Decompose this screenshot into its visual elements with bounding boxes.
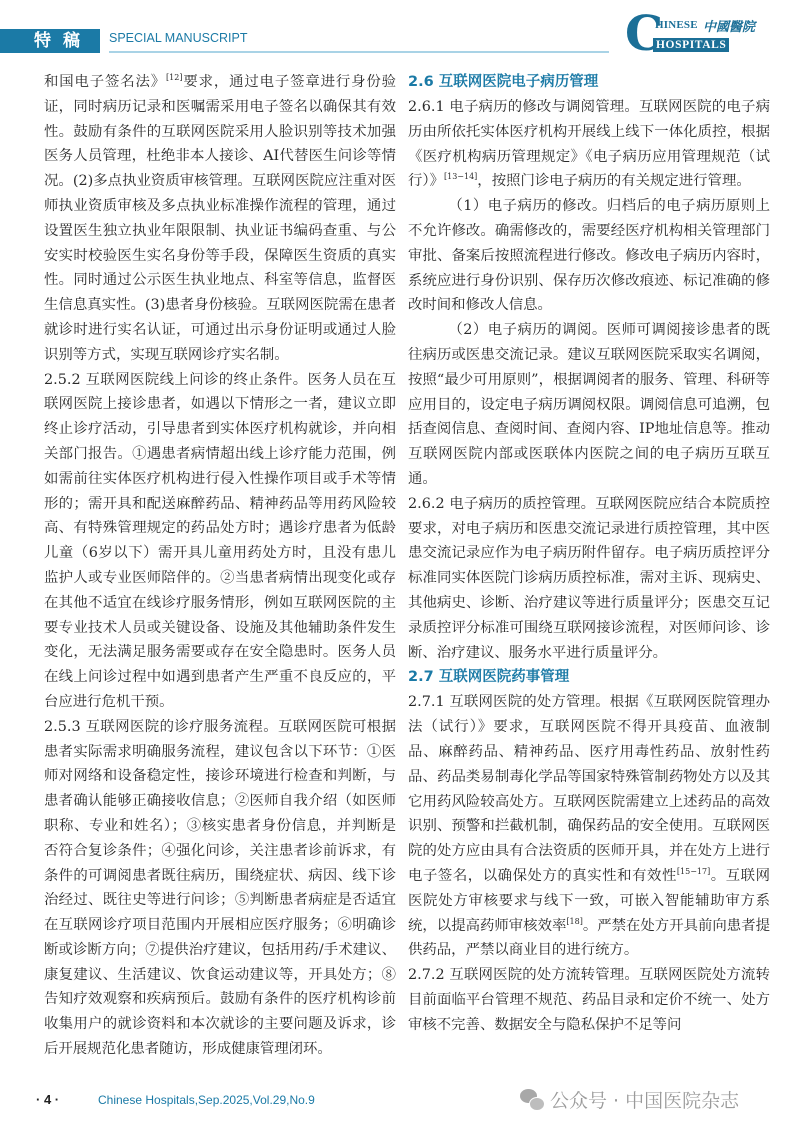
section-label-en: SPECIAL MANUSCRIPT	[109, 31, 247, 45]
paragraph-2-6-2: 2.6.2 电子病历的质控管理。互联网医院应结合本院质控要求，对电子病历和医患交…	[408, 492, 770, 666]
left-column: 和国电子签名法》[12]要求，通过电子签章进行身份验证，同时病历记录和医嘱需采用…	[44, 70, 396, 1062]
citation: [15−17]	[677, 867, 710, 876]
citation: [18]	[566, 917, 582, 926]
watermark-text: 公众号 · 中国医院杂志	[550, 1086, 739, 1113]
citation: [12]	[166, 73, 182, 82]
section-label-cn: 特稿	[0, 29, 100, 53]
paragraph-2-7-1: 2.7.1 互联网医院的处方管理。根据《互联网医院管理办法（试行）》要求，互联网…	[408, 690, 770, 963]
paragraph-2-6-1-access: （2）电子病历的调阅。医师可调阅接诊患者的既往病历或医患交流记录。建议互联网医院…	[408, 318, 770, 492]
journal-citation: Chinese Hospitals,Sep.2025,Vol.29,No.9	[98, 1093, 315, 1107]
watermark: 公众号 · 中国医院杂志	[520, 1086, 739, 1113]
logo-top-en: HINESE	[655, 19, 698, 31]
header-divider	[109, 51, 609, 53]
logo-top-cn: 中國醫院	[703, 16, 755, 35]
paragraph-2-6-1: 2.6.1 电子病历的修改与调阅管理。互联网医院的电子病历由所依托实体医疗机构开…	[408, 95, 770, 194]
paragraph-2-5-3: 2.5.3 互联网医院的诊疗服务流程。互联网医院可根据患者实际需求明确服务流程，…	[44, 715, 396, 1062]
section-heading-2-7: 2.7 互联网医院药事管理	[408, 665, 770, 690]
logo-bottom-en: HOSPITALS	[653, 38, 729, 52]
page-number: · 4 ·	[36, 1092, 59, 1107]
paragraph-2-5-2: 2.5.2 互联网医院线上问诊的终止条件。医务人员在互联网医院上接诊患者，如遇以…	[44, 368, 396, 715]
page-footer: · 4 · Chinese Hospitals,Sep.2025,Vol.29,…	[0, 1080, 800, 1120]
wechat-icon	[520, 1089, 544, 1111]
right-column: 2.6 互联网医院电子病历管理 2.6.1 电子病历的修改与调阅管理。互联网医院…	[408, 70, 770, 1037]
paragraph-2-6-1-modification: （1）电子病历的修改。归档后的电子病历原则上不允许修改。确需修改的，需要经医疗机…	[408, 194, 770, 318]
paragraph-identity-verification: 和国电子签名法》[12]要求，通过电子签章进行身份验证，同时病历记录和医嘱需采用…	[44, 70, 396, 368]
paragraph-2-7-2: 2.7.2 互联网医院的处方流转管理。互联网医院处方流转目前面临平台管理不规范、…	[408, 963, 770, 1037]
section-heading-2-6: 2.6 互联网医院电子病历管理	[408, 70, 770, 95]
citation: [13−14]	[444, 172, 477, 181]
journal-logo: C HINESE 中國醫院 HOSPITALS	[625, 14, 785, 58]
page-header: 特稿 SPECIAL MANUSCRIPT C HINESE 中國醫院 HOSP…	[0, 0, 800, 70]
